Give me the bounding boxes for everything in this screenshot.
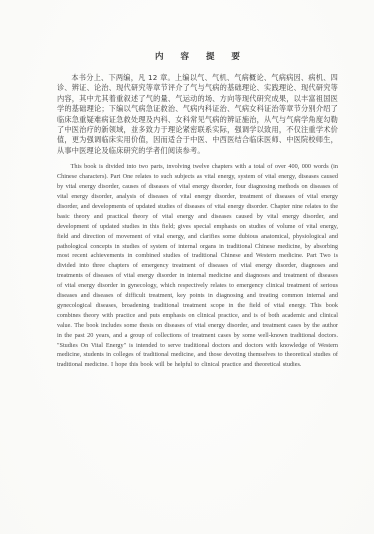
page-title: 内 容 提 要 — [57, 50, 338, 62]
abstract-content: 内 容 提 要 本书分上、下两编，凡 12 章。上编以气、气机、气病概论、气病病… — [57, 50, 338, 370]
chinese-abstract-paragraph: 本书分上、下两编，凡 12 章。上编以气、气机、气病概论、气病病因、病机、四诊、… — [57, 73, 338, 156]
english-abstract-paragraph: This book is divided into two parts, inv… — [57, 162, 338, 370]
scanned-page: 内 容 提 要 本书分上、下两编，凡 12 章。上编以气、气机、气病概论、气病病… — [0, 0, 374, 534]
